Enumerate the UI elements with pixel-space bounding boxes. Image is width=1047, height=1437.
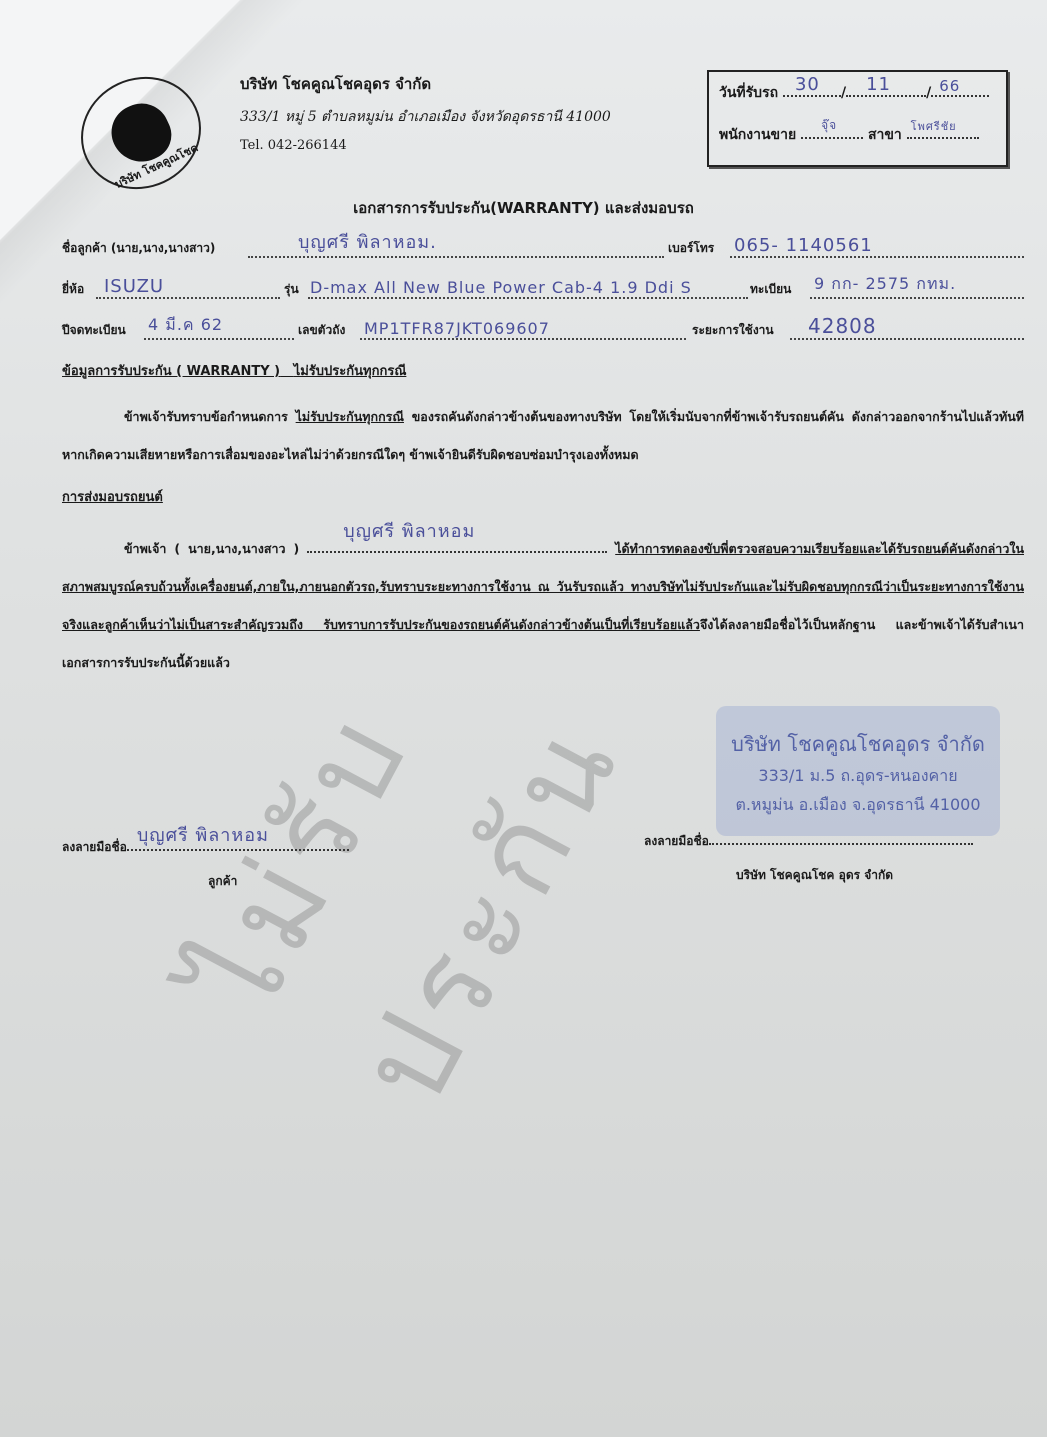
model-value: D-max All New Blue Power Cab-4 1.9 Ddi S [310,278,692,297]
receipt-info-box: วันที่รับรถ 30/11/66 พนักงานขาย จุ๊จ สาข… [707,70,1008,167]
receipt-month-field[interactable]: 11 [846,95,926,97]
branch-label: สาขา [868,127,902,143]
customer-name-value: บุญศรี พิลาหอม. [298,227,437,256]
plate-label: ทะเบียน [750,280,791,299]
vehicle-row: ยี่ห้อ ISUZU รุ่น D-max All New Blue Pow… [62,275,1024,301]
receipt-date-label: วันที่รับรถ [719,85,778,101]
stamp-line-1: บริษัท โชคคูณโชคอุดร จำกัด [716,728,1000,760]
receipt-staff-row: พนักงานขาย จุ๊จ สาขา โพศรีชัย [719,124,979,146]
delivery-intro: ข้าพเจ้า ( นาย,นาง,นางสาว ) [124,541,299,556]
mileage-label: ระยะการใช้งาน [692,321,774,340]
customer-sign-label: ลงลายมือชื่อ [62,840,127,854]
company-rubber-stamp: บริษัท โชคคูณโชคอุดร จำกัด 333/1 ม.5 ถ.อ… [716,706,1000,836]
brand-label: ยี่ห้อ [62,280,84,299]
warranty-para-underlined: ไม่รับประกันทุกกรณี [296,409,404,424]
company-signature-field[interactable] [709,843,973,845]
warranty-para-part1: ข้าพเจ้ารับทราบข้อกำหนดการ [124,409,288,424]
stamp-line-2: 333/1 ม.5 ถ.อุดร-หนองคาย [716,764,1000,789]
reg-year-value: 4 มี.ค 62 [148,313,223,338]
model-label: รุ่น [284,280,299,299]
company-tel: Tel. 042-266144 [240,138,347,153]
receipt-day-field[interactable]: 30 [783,95,841,97]
salesperson-label: พนักงานขาย [719,127,796,143]
registration-row: ปีจดทะเบียน 4 มี.ค 62 เลขตัวถัง MP1TFR87… [62,316,1024,342]
stamp-line-3: ต.หมูม่น อ.เมือง จ.อุดรธานี 41000 [716,793,1000,818]
brand-value: ISUZU [104,276,164,297]
company-name: บริษัท โชคคูณโชคอุดร จำกัด [240,72,431,96]
warranty-heading: ข้อมูลการรับประกัน ( WARRANTY ) ไม่รับปร… [62,360,406,381]
customer-signature-block: ลงลายมือชื่อบุญศรี พิลาหอม [62,838,349,857]
customer-caption: ลูกค้า [208,872,237,891]
company-address: 333/1 หมู่ 5 ตำบลหมูม่น อำเภอเมือง จังหว… [240,106,611,128]
customer-signature-field[interactable]: บุญศรี พิลาหอม [127,849,349,851]
mileage-value: 42808 [808,314,877,338]
chassis-value: MP1TFR87JKT069607 [364,319,550,338]
warranty-heading-suffix: ไม่รับประกันทุกกรณี [294,364,407,379]
warranty-paragraph: ข้าพเจ้ารับทราบข้อกำหนดการ ไม่รับประกันท… [62,398,1024,474]
delivery-heading: การส่งมอบรถยนต์ [62,486,163,507]
chassis-label: เลขตัวถัง [298,321,345,340]
customer-name-label: ชื่อลูกค้า (นาย,นาง,นางสาว) [62,239,215,258]
delivery-paragraph: ข้าพเจ้า ( นาย,นาง,นางสาว ) บุญศรี พิลาห… [62,530,1024,682]
company-caption: บริษัท โชคคูณโชค อุดร จำกัด [736,866,893,885]
delivery-name-field[interactable]: บุญศรี พิลาหอม [307,551,607,553]
phone-value: 065- 1140561 [734,235,873,256]
reg-year-label: ปีจดทะเบียน [62,321,126,340]
warranty-heading-text: ข้อมูลการรับประกัน ( WARRANTY ) [62,364,280,379]
phone-label: เบอร์โทร [668,239,714,258]
company-sign-label: ลงลายมือชื่อ [644,834,709,848]
receipt-date-row: วันที่รับรถ 30/11/66 [719,82,989,104]
branch-field[interactable]: โพศรีชัย [907,137,979,139]
plate-value: 9 กก- 2575 กทม. [814,272,956,297]
company-signature-block: ลงลายมือชื่อ [644,832,973,851]
salesperson-field[interactable]: จุ๊จ [801,137,863,139]
receipt-year-field[interactable]: 66 [931,95,989,97]
